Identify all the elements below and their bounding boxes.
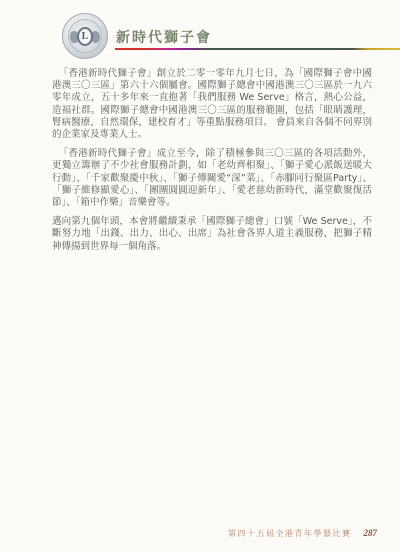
paragraph-1: 「香港新時代獅子會」創立於二零一零年九月七日，為「國際獅子會中國港澳三〇三區」第…	[52, 68, 372, 141]
page-title: 新時代獅子會	[116, 27, 212, 47]
document-page: L 新時代獅子會 「香港新時代獅子會」創立於二零一零年九月七日，為「國際獅子會中…	[0, 0, 400, 551]
title-gradient-rule	[115, 48, 400, 50]
emblem-letter: L	[77, 27, 93, 46]
lions-club-emblem-icon: L	[62, 13, 108, 59]
page-footer: 第四十五屆全港青年學藝比賽 287	[228, 528, 377, 539]
article-body: 「香港新時代獅子會」創立於二零一零年九月七日，為「國際獅子會中國港澳三〇三區」第…	[52, 68, 372, 260]
paragraph-3: 邁向第九個年頭，本會將繼續秉承「國際獅子總會」口號「We Serve」，不斷努力…	[52, 216, 372, 253]
paragraph-2: 「香港新時代獅子會」成立至今，除了積極參與三〇三區的各項活動外，更獨立籌辦了不少…	[52, 148, 372, 209]
footer-page-number: 287	[364, 528, 378, 538]
footer-competition-title: 第四十五屆全港青年學藝比賽	[228, 528, 352, 539]
